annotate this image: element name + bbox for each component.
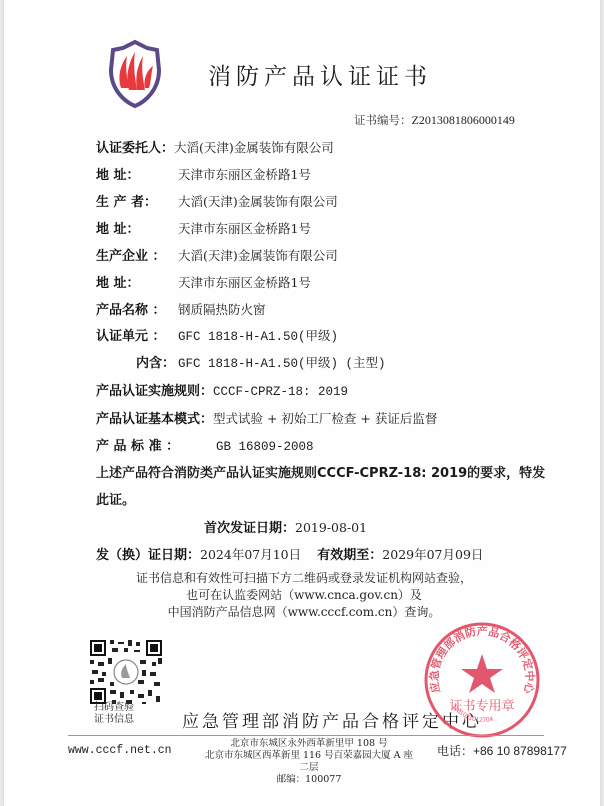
field-value: 天津市东丽区金桥路1号	[178, 221, 311, 236]
field-label: 产品认证实施规则：	[96, 382, 213, 402]
certificate-title: 消防产品认证证书	[208, 58, 432, 91]
official-seal-stamp: 应急管理部消防产品合格评定中心 证书专用章 1101021012704	[422, 620, 542, 740]
field-includes: 内含：GFC 1818-H-A1.50(甲级) (主型)	[136, 354, 386, 374]
field-value: 天津市东丽区金桥路1号	[178, 167, 311, 182]
qr-caption-line1: 扫码查验	[94, 702, 134, 714]
field-value: 大滔(天津)金属装饰有限公司	[178, 248, 338, 263]
field-label: 生 产 者：	[96, 193, 178, 213]
field-value: 天津市东丽区金桥路1号	[178, 275, 311, 290]
field-certification-unit: 认证单元 ：GFC 1818-H-A1.50(甲级)	[96, 327, 338, 347]
field-certification-mode: 产品认证基本模式：型式试验 + 初始工厂检查 + 获证后监督	[96, 409, 437, 429]
qr-caption-line2: 证书信息	[94, 714, 134, 726]
footer-address-line1: 北京市东城区永外西革新里甲 108 号	[204, 738, 414, 750]
field-applicant: 认证委托人：大滔(天津)金属装饰有限公司	[96, 138, 334, 158]
field-value: 型式试验 + 初始工厂检查 + 获证后监督	[213, 411, 437, 426]
field-manufacturer: 生 产 者：大滔(天津)金属装饰有限公司	[96, 192, 338, 212]
field-label: 认证单元 ：	[96, 327, 178, 347]
issue-validity-dates: 发（换）证日期：2024年07月10日 有效期至：2029年07月09日	[96, 545, 483, 565]
issue-date-value: 2024年07月10日	[200, 547, 301, 562]
valid-until-label: 有效期至：	[317, 546, 382, 566]
first-issue-value: 2019-08-01	[295, 520, 367, 535]
star-icon	[461, 654, 503, 693]
field-value: GFC 1818-H-A1.50(甲级) (主型)	[178, 357, 386, 371]
valid-until-value: 2029年07月09日	[382, 547, 483, 562]
footer-divider	[68, 735, 544, 736]
issue-date-label: 发（换）证日期：	[96, 546, 200, 566]
field-implementation-rules: 产品认证实施规则：CCCF-CPRZ-18: 2019	[96, 382, 348, 402]
notice-line3: 中国消防产品信息网（www.cccf.com.cn）查询。	[74, 604, 534, 621]
verification-notice: 证书信息和有效性可扫描下方二维码或登录发证机构网站查验， 也可在认监委网站（ww…	[74, 570, 534, 621]
certificate-number: 证书编号：Z2013081806000149	[354, 112, 515, 128]
qr-code[interactable]	[88, 638, 164, 706]
conformity-statement-line1: 上述产品符合消防类产品认证实施规则CCCF-CPRZ-18: 2019的要求，特…	[96, 464, 545, 484]
field-value: 大滔(天津)金属装饰有限公司	[174, 140, 334, 155]
field-applicant-address: 地 址：天津市东丽区金桥路1号	[96, 165, 311, 185]
footer-address-line2: 北京市东城区西革新里 116 号百荣嘉园大厦 A 座二层	[204, 750, 414, 774]
field-label: 产品认证基本模式：	[96, 410, 213, 430]
footer-postcode: 邮编：100077	[204, 774, 414, 786]
field-label: 地 址：	[96, 274, 178, 294]
field-value: 钢质隔热防火窗	[178, 302, 266, 317]
certificate-number-label: 证书编号：	[354, 113, 412, 127]
field-value: CCCF-CPRZ-18: 2019	[213, 385, 348, 399]
certificate-number-value: Z2013081806000149	[412, 113, 515, 127]
fire-shield-logo-icon	[105, 38, 165, 110]
footer-phone: 电话：+86 10 87898177	[437, 742, 567, 759]
first-issue-date: 首次发证日期：2019-08-01	[204, 518, 367, 538]
field-value: GFC 1818-H-A1.50(甲级)	[178, 330, 338, 344]
field-label: 认证委托人：	[96, 139, 174, 159]
field-production-enterprise: 生产企业 ：大滔(天津)金属装饰有限公司	[96, 246, 338, 266]
conformity-statement-line2: 此证。	[96, 491, 135, 511]
footer-website-link[interactable]: www.cccf.net.cn	[68, 744, 172, 757]
qr-caption: 扫码查验 证书信息	[94, 702, 134, 726]
field-label: 生产企业 ：	[96, 247, 178, 267]
first-issue-label: 首次发证日期：	[204, 519, 295, 539]
field-enterprise-address: 地 址：天津市东丽区金桥路1号	[96, 273, 311, 293]
field-product-standard: 产 品 标 准 ：GB 16809-2008	[96, 437, 314, 457]
field-product-name: 产品名称 ：钢质隔热防火窗	[96, 300, 266, 320]
field-label: 产 品 标 准 ：	[96, 437, 216, 457]
field-label: 地 址：	[96, 220, 178, 240]
field-label: 内含：	[136, 354, 178, 374]
field-value: 大滔(天津)金属装饰有限公司	[178, 194, 338, 209]
footer-address: 北京市东城区永外西革新里甲 108 号 北京市东城区西革新里 116 号百荣嘉园…	[204, 738, 414, 786]
certificate-page: 消防产品认证证书 证书编号：Z2013081806000149 认证委托人：大滔…	[4, 0, 600, 806]
field-value: GB 16809-2008	[216, 440, 314, 454]
field-manufacturer-address: 地 址：天津市东丽区金桥路1号	[96, 219, 311, 239]
field-label: 产品名称 ：	[96, 301, 178, 321]
field-label: 地 址：	[96, 166, 178, 186]
notice-line2: 也可在认监委网站（www.cnca.gov.cn）及	[74, 587, 534, 604]
notice-line1: 证书信息和有效性可扫描下方二维码或登录发证机构网站查验，	[74, 570, 534, 587]
